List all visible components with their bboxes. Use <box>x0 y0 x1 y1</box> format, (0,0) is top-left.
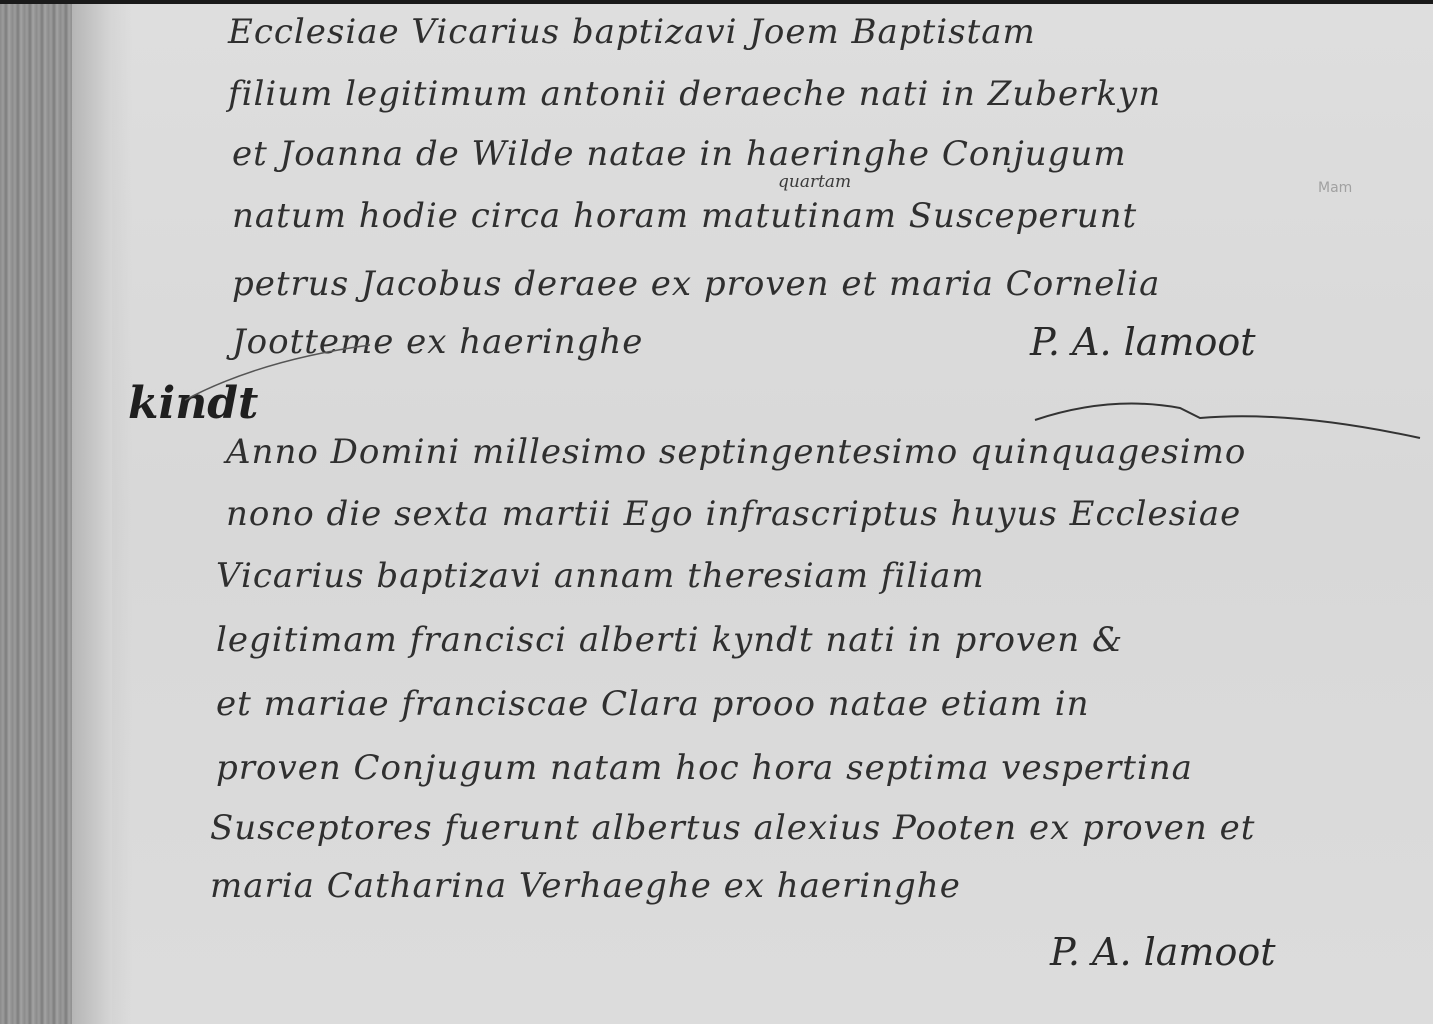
entry2-line-4: legitimam francisci alberti kyndt nati i… <box>216 620 1123 660</box>
entry2-line-1: Anno Domini millesimo septingentesimo qu… <box>226 432 1246 472</box>
entry1-line-4: natum hodie circa horam matutinam Suscep… <box>232 196 1137 236</box>
entry2-line-8: maria Catharina Verhaeghe ex haeringhe <box>210 866 961 906</box>
entry1-signature: P. A. lamoot <box>1030 320 1256 364</box>
faint-stamp: Mam <box>1318 180 1352 196</box>
entry1-line-1: Ecclesiae Vicarius baptizavi Joem Baptis… <box>228 12 1036 52</box>
entry2-line-7: Susceptores fuerunt albertus alexius Poo… <box>210 808 1255 848</box>
entry2-line-6: proven Conjugum natam hoc hora septima v… <box>216 748 1193 788</box>
interlinear-insertion: quartam <box>778 172 851 192</box>
entry1-line-2: filium legitimum antonii deraeche nati i… <box>228 74 1161 114</box>
entry1-line-5: petrus Jacobus deraee ex proven et maria… <box>232 264 1160 304</box>
entry2-signature: P. A. lamoot <box>1050 930 1276 974</box>
gutter-shadow <box>72 4 112 1024</box>
book-binding <box>0 4 72 1024</box>
entry2-line-5: et mariae franciscae Clara prooo natae e… <box>216 684 1090 724</box>
entry2-line-2: nono die sexta martii Ego infrascriptus … <box>226 494 1241 534</box>
margin-flourish <box>180 340 380 420</box>
entry1-line-3: et Joanna de Wilde natae in haeringhe Co… <box>232 134 1127 174</box>
entry2-line-3: Vicarius baptizavi annam theresiam filia… <box>216 556 985 596</box>
